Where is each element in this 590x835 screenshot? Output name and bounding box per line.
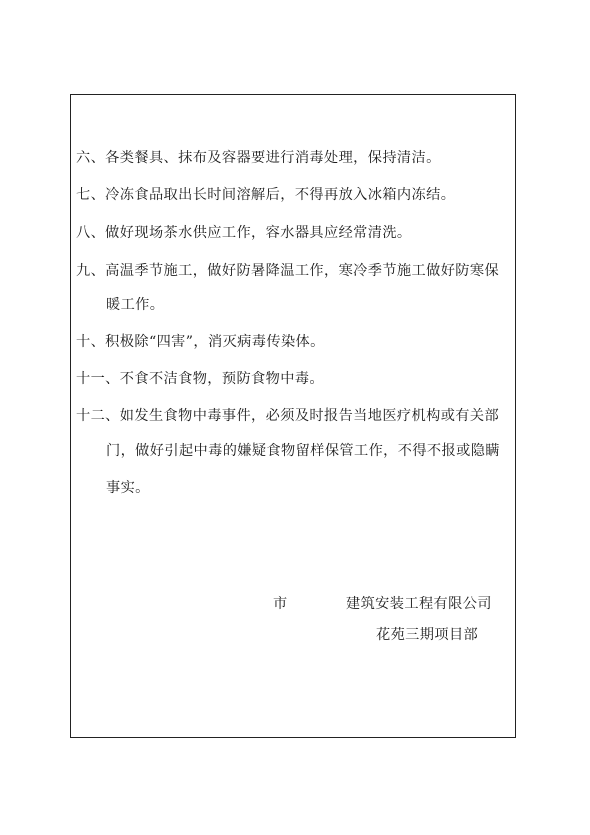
item-12-continuation-2: 事实。 bbox=[106, 479, 150, 497]
signature-city: 市 bbox=[273, 595, 288, 613]
item-9: 九、高温季节施工，做好防暑降温工作，寒冷季节施工做好防寒保 bbox=[76, 262, 499, 280]
signature-company: 建筑安装工程有限公司 bbox=[346, 595, 492, 613]
item-12-continuation: 门，做好引起中毒的嫌疑食物留样保管工作，不得不报或隐瞒 bbox=[106, 442, 500, 460]
signature-department: 花苑三期项目部 bbox=[376, 626, 478, 644]
item-9-continuation: 暖工作。 bbox=[106, 296, 164, 314]
item-7: 七、冷冻食品取出长时间溶解后，不得再放入冰箱内冻结。 bbox=[76, 186, 455, 204]
item-10: 十、积极除“四害”，消灭病毒传染体。 bbox=[76, 333, 325, 351]
item-11: 十一、不食不洁食物，预防食物中毒。 bbox=[76, 370, 324, 388]
item-6: 六、各类餐具、抹布及容器要进行消毒处理，保持清洁。 bbox=[76, 149, 441, 167]
item-12: 十二、如发生食物中毒事件，必须及时报告当地医疗机构或有关部 bbox=[76, 407, 499, 425]
item-8: 八、做好现场茶水供应工作，容水器具应经常清洗。 bbox=[76, 224, 412, 242]
